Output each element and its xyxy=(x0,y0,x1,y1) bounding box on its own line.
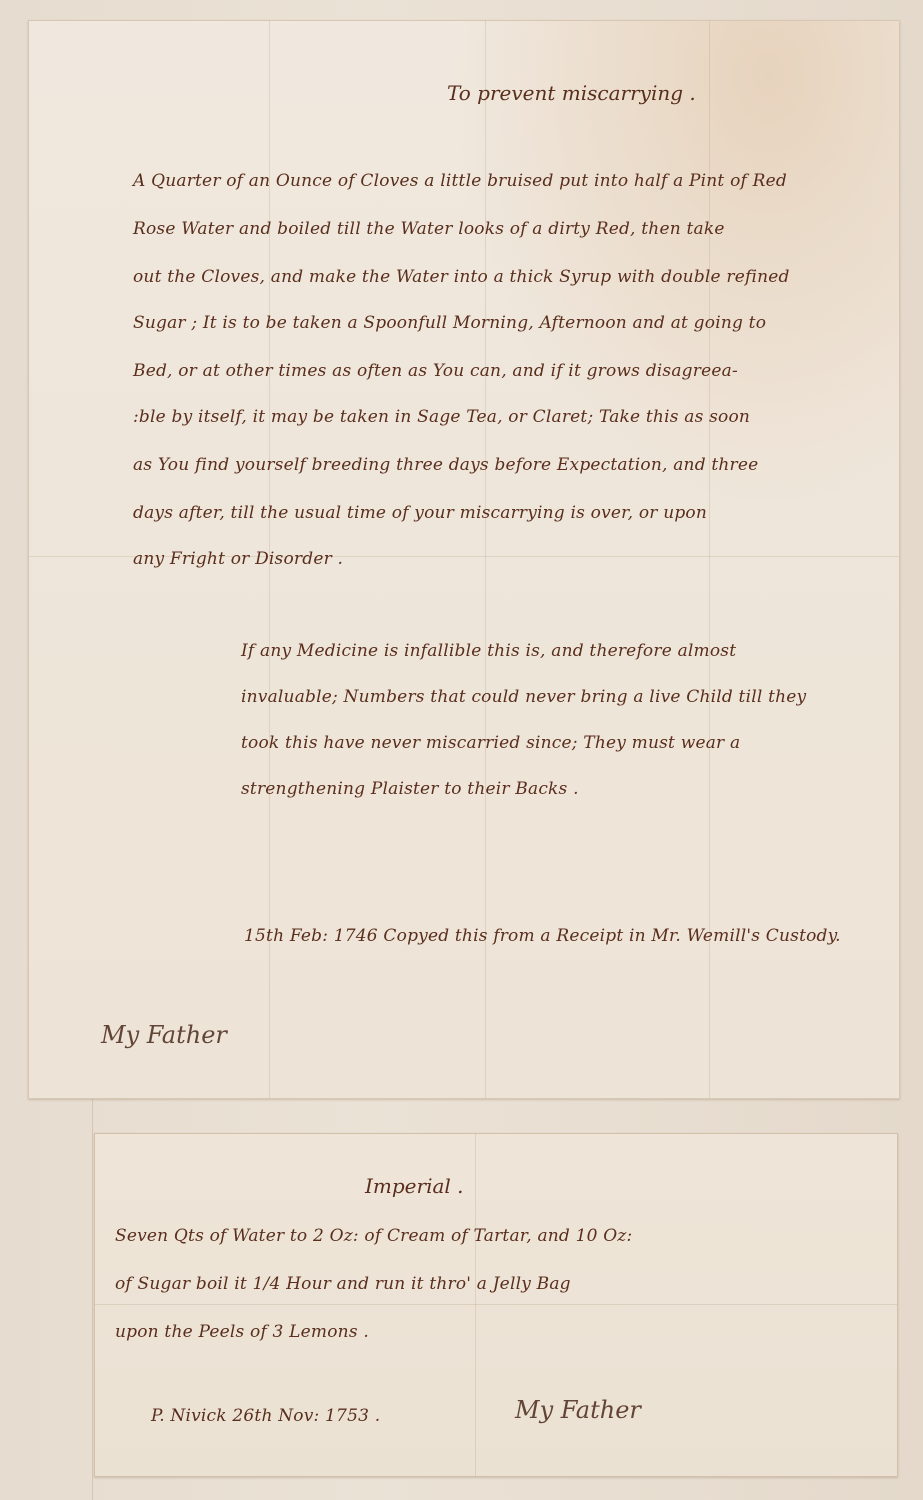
manuscript-sheet-2: Imperial . Seven Qts of Water to 2 Oz: o… xyxy=(94,1133,898,1477)
text-line: as You find yourself breeding three days… xyxy=(133,455,758,475)
dated-note: 15th Feb: 1746 Copyed this from a Receip… xyxy=(244,926,841,946)
signature: My Father xyxy=(515,1396,641,1424)
text-line: Rose Water and boiled till the Water loo… xyxy=(133,219,725,239)
fold-line xyxy=(95,1304,897,1305)
manuscript-sheet-1: To prevent miscarrying . A Quarter of an… xyxy=(28,20,900,1099)
text-line: Seven Qts of Water to 2 Oz: of Cream of … xyxy=(115,1226,632,1246)
text-line: Bed, or at other times as often as You c… xyxy=(133,361,738,381)
text-line: :ble by itself, it may be taken in Sage … xyxy=(133,407,750,427)
signature: My Father xyxy=(101,1021,227,1049)
text-line: out the Cloves, and make the Water into … xyxy=(133,267,790,287)
text-line: took this have never miscarried since; T… xyxy=(241,733,740,753)
recipe-title: Imperial . xyxy=(365,1174,464,1198)
text-line: days after, till the usual time of your … xyxy=(133,503,707,523)
text-line: any Fright or Disorder . xyxy=(133,549,343,569)
text-line: strengthening Plaister to their Backs . xyxy=(241,779,579,799)
mount-edge-line xyxy=(92,1090,93,1500)
text-line: A Quarter of an Ounce of Cloves a little… xyxy=(133,171,787,191)
dated-note: P. Nivick 26th Nov: 1753 . xyxy=(151,1406,380,1426)
text-line: Sugar ; It is to be taken a Spoonfull Mo… xyxy=(133,313,766,333)
text-line: invaluable; Numbers that could never bri… xyxy=(241,687,806,707)
fold-line xyxy=(475,1134,476,1476)
text-line: If any Medicine is infallible this is, a… xyxy=(241,641,736,661)
recipe-title: To prevent miscarrying . xyxy=(447,81,696,105)
text-line: of Sugar boil it 1/4 Hour and run it thr… xyxy=(115,1274,571,1294)
text-line: upon the Peels of 3 Lemons . xyxy=(115,1322,369,1342)
